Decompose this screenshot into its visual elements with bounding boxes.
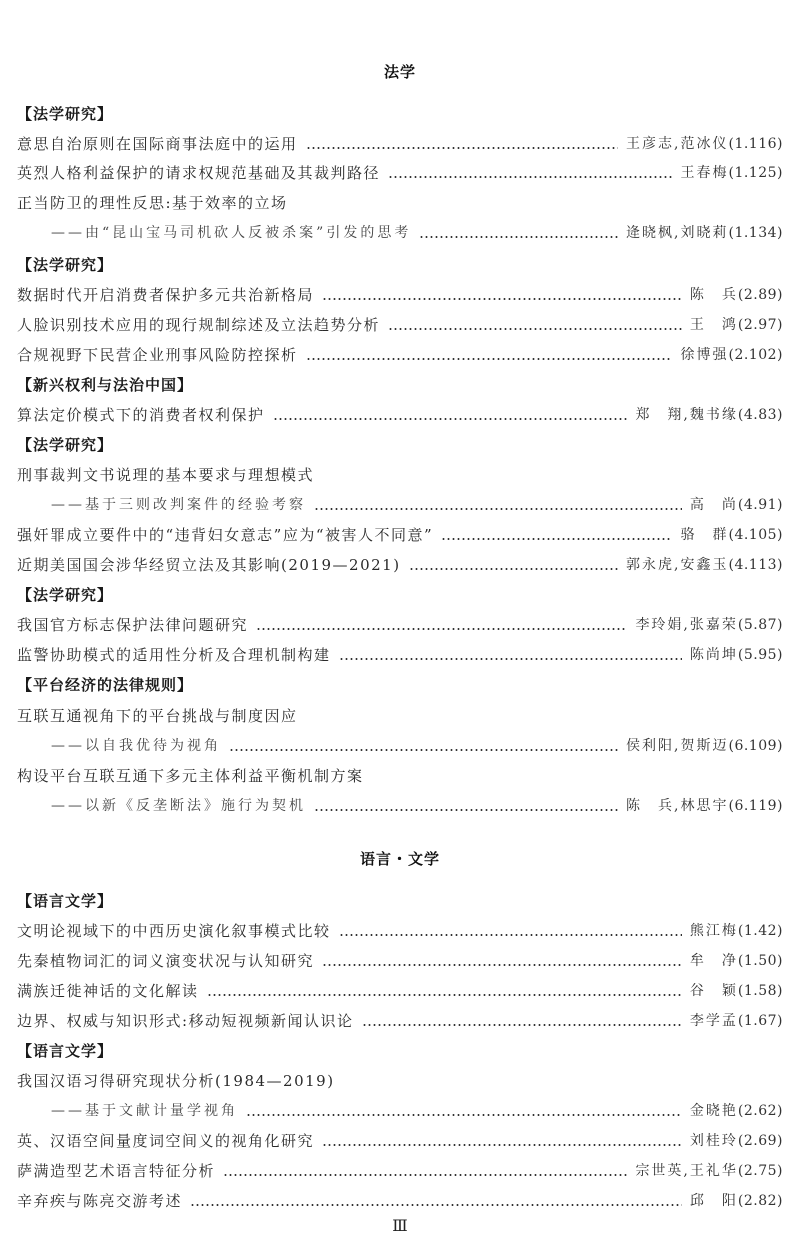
entry-author: 高 尚(4.91)	[690, 494, 783, 516]
column-heading: 【法学研究】	[17, 434, 783, 456]
entry-title: 我国汉语习得研究现状分析(1984—2019)	[17, 1070, 335, 1092]
toc-entry[interactable]: 强奸罪成立要件中的“违背妇女意志”应为“被害人不同意” 骆 群(4.105)	[17, 524, 783, 546]
toc-entry[interactable]: 近期美国国会涉华经贸立法及其影响(2019—2021) 郭永虎,安鑫玉(4.11…	[17, 554, 783, 576]
column-heading: 【法学研究】	[17, 254, 783, 276]
entry-subtitle: ——基于三则改判案件的经验考察	[17, 494, 306, 516]
toc-entry[interactable]: 满族迁徙神话的文化解读 谷 颖(1.58)	[17, 980, 783, 1002]
entry-title: 合规视野下民营企业刑事风险防控探析	[17, 344, 298, 366]
toc-entry[interactable]: 边界、权威与知识形式:移动短视频新闻认识论 李学孟(1.67)	[17, 1010, 783, 1032]
toc-entry-title-line[interactable]: 互联互通视角下的平台挑战与制度因应	[17, 705, 783, 727]
entry-author: 熊江梅(1.42)	[690, 920, 783, 942]
toc-entry[interactable]: 先秦植物词汇的词义演变状况与认知研究 牟 净(1.50)	[17, 950, 783, 972]
toc-entry[interactable]: 算法定价模式下的消费者权利保护 郑 翔,魏书缘(4.83)	[17, 404, 783, 426]
section-title-law: 法学	[17, 61, 783, 82]
toc-entry[interactable]: 辛弃疾与陈亮交游考述 邱 阳(2.82)	[17, 1190, 783, 1212]
entry-title: 强奸罪成立要件中的“违背妇女意志”应为“被害人不同意”	[17, 524, 433, 546]
entry-title: 萨满造型艺术语言特征分析	[17, 1160, 215, 1182]
dot-leader	[190, 1190, 682, 1212]
dot-leader	[322, 950, 682, 972]
toc-entry[interactable]: ——基于文献计量学视角 金晓艳(2.62)	[17, 1100, 783, 1122]
entry-author: 牟 净(1.50)	[690, 950, 783, 972]
column-heading: 【语言文学】	[17, 1040, 783, 1062]
page-number: Ⅲ	[17, 1216, 783, 1235]
entry-title: 正当防卫的理性反思:基于效率的立场	[17, 192, 288, 214]
entry-title: 算法定价模式下的消费者权利保护	[17, 404, 265, 426]
dot-leader	[339, 920, 682, 942]
toc-entry[interactable]: ——基于三则改判案件的经验考察 高 尚(4.91)	[17, 494, 783, 516]
toc-entry[interactable]: 我国官方标志保护法律问题研究 李玲娟,张嘉荣(5.87)	[17, 614, 783, 636]
toc-entry[interactable]: ——由“昆山宝马司机砍人反被杀案”引发的思考 逄晓枫,刘晓莉(1.134)	[17, 222, 783, 244]
dot-leader	[339, 644, 682, 666]
entry-subtitle: ——以自我优待为视角	[17, 735, 221, 757]
entry-title: 满族迁徙神话的文化解读	[17, 980, 199, 1002]
entry-title: 我国官方标志保护法律问题研究	[17, 614, 248, 636]
toc-entry[interactable]: 人脸识别技术应用的现行规制综述及立法趋势分析 王 鸿(2.97)	[17, 314, 783, 336]
dot-leader	[246, 1100, 682, 1122]
entry-author: 陈尚坤(5.95)	[690, 644, 783, 666]
toc-entry[interactable]: ——以自我优待为视角 侯利阳,贺斯迈(6.109)	[17, 735, 783, 757]
entry-title: 文明论视域下的中西历史演化叙事模式比较	[17, 920, 331, 942]
toc-entry[interactable]: 文明论视域下的中西历史演化叙事模式比较 熊江梅(1.42)	[17, 920, 783, 942]
dot-leader	[229, 735, 618, 757]
toc-entry-title-line[interactable]: 正当防卫的理性反思:基于效率的立场	[17, 192, 783, 214]
dot-leader	[419, 222, 618, 244]
entry-title: 互联互通视角下的平台挑战与制度因应	[17, 705, 298, 727]
entry-author: 骆 群(4.105)	[680, 524, 783, 546]
dot-leader	[362, 1010, 682, 1032]
entry-author: 陈 兵,林思宇(6.119)	[626, 795, 783, 817]
entry-title: 数据时代开启消费者保护多元共治新格局	[17, 284, 314, 306]
entry-title: 先秦植物词汇的词义演变状况与认知研究	[17, 950, 314, 972]
toc-entry[interactable]: 意思自治原则在国际商事法庭中的运用 王彦志,范冰仪(1.116)	[17, 133, 783, 155]
dot-leader	[409, 554, 618, 576]
dot-leader	[314, 494, 682, 516]
dot-leader	[322, 284, 682, 306]
toc-entry-title-line[interactable]: 刑事裁判文书说理的基本要求与理想模式	[17, 464, 783, 486]
dot-leader	[306, 133, 619, 155]
entry-title: 辛弃疾与陈亮交游考述	[17, 1190, 182, 1212]
entry-title: 英、汉语空间量度词空间义的视角化研究	[17, 1130, 314, 1152]
entry-author: 刘桂玲(2.69)	[690, 1130, 783, 1152]
dot-leader	[388, 162, 672, 184]
entry-author: 谷 颖(1.58)	[690, 980, 783, 1002]
toc-entry[interactable]: 合规视野下民营企业刑事风险防控探析 徐博强(2.102)	[17, 344, 783, 366]
dot-leader	[322, 1130, 682, 1152]
toc-entry[interactable]: 英烈人格利益保护的请求权规范基础及其裁判路径 王春梅(1.125)	[17, 162, 783, 184]
dot-leader	[388, 314, 682, 336]
entry-author: 宗世英,王礼华(2.75)	[635, 1160, 783, 1182]
entry-title: 意思自治原则在国际商事法庭中的运用	[17, 133, 298, 155]
entry-title: 边界、权威与知识形式:移动短视频新闻认识论	[17, 1010, 354, 1032]
entry-author: 王彦志,范冰仪(1.116)	[626, 133, 783, 155]
entry-title: 人脸识别技术应用的现行规制综述及立法趋势分析	[17, 314, 380, 336]
entry-title: 近期美国国会涉华经贸立法及其影响(2019—2021)	[17, 554, 401, 576]
entry-author: 侯利阳,贺斯迈(6.109)	[626, 735, 783, 757]
entry-title: 英烈人格利益保护的请求权规范基础及其裁判路径	[17, 162, 380, 184]
entry-author: 李学孟(1.67)	[690, 1010, 783, 1032]
dot-leader	[256, 614, 627, 636]
column-heading: 【平台经济的法律规则】	[17, 674, 783, 696]
entry-subtitle: ——由“昆山宝马司机砍人反被杀案”引发的思考	[17, 222, 411, 244]
toc-entry[interactable]: 监警协助模式的适用性分析及合理机制构建 陈尚坤(5.95)	[17, 644, 783, 666]
entry-author: 郭永虎,安鑫玉(4.113)	[626, 554, 783, 576]
entry-author: 王 鸿(2.97)	[690, 314, 783, 336]
column-heading: 【语言文学】	[17, 890, 783, 912]
dot-leader	[223, 1160, 627, 1182]
entry-author: 王春梅(1.125)	[680, 162, 783, 184]
column-heading: 【法学研究】	[17, 584, 783, 606]
entry-author: 郑 翔,魏书缘(4.83)	[635, 404, 783, 426]
entry-title: 监警协助模式的适用性分析及合理机制构建	[17, 644, 331, 666]
entry-author: 逄晓枫,刘晓莉(1.134)	[626, 222, 783, 244]
entry-author: 邱 阳(2.82)	[690, 1190, 783, 1212]
entry-author: 李玲娟,张嘉荣(5.87)	[635, 614, 783, 636]
column-heading: 【新兴权利与法治中国】	[17, 374, 783, 396]
column-heading: 【法学研究】	[17, 103, 783, 125]
toc-entry-title-line[interactable]: 我国汉语习得研究现状分析(1984—2019)	[17, 1070, 783, 1092]
toc-entry[interactable]: 萨满造型艺术语言特征分析 宗世英,王礼华(2.75)	[17, 1160, 783, 1182]
dot-leader	[306, 344, 673, 366]
entry-author: 金晓艳(2.62)	[690, 1100, 783, 1122]
toc-entry[interactable]: 数据时代开启消费者保护多元共治新格局 陈 兵(2.89)	[17, 284, 783, 306]
entry-title: 构设平台互联互通下多元主体利益平衡机制方案	[17, 765, 364, 787]
entry-subtitle: ——基于文献计量学视角	[17, 1100, 238, 1122]
dot-leader	[273, 404, 628, 426]
section-title-language-literature: 语言・文学	[17, 848, 783, 869]
entry-title: 刑事裁判文书说理的基本要求与理想模式	[17, 464, 314, 486]
toc-entry[interactable]: 英、汉语空间量度词空间义的视角化研究 刘桂玲(2.69)	[17, 1130, 783, 1152]
dot-leader	[314, 795, 618, 817]
entry-author: 陈 兵(2.89)	[690, 284, 783, 306]
entry-subtitle: ——以新《反垄断法》施行为契机	[17, 795, 306, 817]
dot-leader	[207, 980, 682, 1002]
toc-entry[interactable]: ——以新《反垄断法》施行为契机 陈 兵,林思宇(6.119)	[17, 795, 783, 817]
entry-author: 徐博强(2.102)	[680, 344, 783, 366]
toc-entry-title-line[interactable]: 构设平台互联互通下多元主体利益平衡机制方案	[17, 765, 783, 787]
dot-leader	[441, 524, 672, 546]
